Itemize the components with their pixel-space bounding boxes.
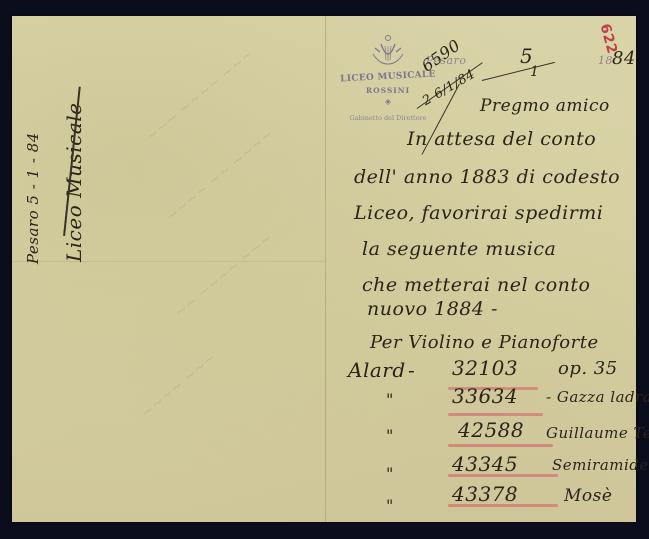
ditto-mark: " [386, 464, 394, 483]
salutation: Pregmo amico [480, 96, 610, 116]
dash: - [408, 358, 415, 382]
work-title: op. 35 [558, 358, 618, 379]
bleed-through-text: ~~ ~~~~ ~~~ [171, 229, 277, 322]
bleed-through-text: ~~~ ~~~~ ~~~ [142, 45, 257, 146]
letter-line-1: In attesa del conto [407, 128, 596, 150]
composer: Alard [348, 358, 406, 382]
red-underline [448, 444, 553, 447]
work-title: Semiramide [552, 456, 649, 474]
docket-date: Pesaro 5 - 1 - 84 [24, 132, 42, 264]
catalog-number: 43345 [452, 452, 518, 476]
horizontal-fold [12, 261, 325, 262]
letterhead: LICEO MUSICALE ROSSINI ◈ Gabinetto del D… [338, 30, 438, 140]
section-heading: Per Violino e Pianoforte [370, 332, 599, 353]
work-title: Mosè [564, 486, 612, 506]
letter-line-2: dell' anno 1883 di codesto [354, 166, 620, 188]
date-slash [482, 62, 555, 81]
lyre-emblem-icon [371, 34, 405, 68]
letter-line-6: nuovo 1884 - [367, 298, 498, 320]
ditto-mark: " [386, 390, 394, 409]
bleed-through-text: ~~~~ ~~~ [137, 348, 220, 421]
catalog-number: 42588 [458, 418, 524, 442]
letter-sheet: ~~~ ~~~~ ~~~ ~~~~ ~~ ~~~~ ~~ ~~~~ ~~~ ~~… [12, 16, 636, 522]
printed-year-prefix: 18 [598, 54, 613, 67]
letterhead-title: LICEO MUSICALE [338, 69, 438, 84]
center-fold [325, 16, 326, 522]
letter-line-4: la seguente musica [362, 238, 556, 260]
red-underline [448, 413, 543, 416]
work-title: Guillaume Tell [546, 424, 649, 442]
ditto-mark: " [386, 426, 394, 445]
bleed-through-text: ~~~~ ~~ ~~~~ [162, 125, 277, 226]
letterhead-office: Gabinetto del Direttore [338, 114, 438, 122]
letter-line-5: che metterai nel conto [362, 274, 590, 296]
ditto-mark: " [386, 496, 394, 515]
catalog-number: 33634 [452, 384, 518, 408]
letter-line-3: Liceo, favorirai spedirmi [354, 202, 603, 224]
catalog-number: 43378 [452, 482, 518, 506]
date-year: 84 [612, 48, 636, 69]
work-title: - Gazza ladra [546, 388, 649, 406]
catalog-number: 32103 [452, 356, 518, 380]
